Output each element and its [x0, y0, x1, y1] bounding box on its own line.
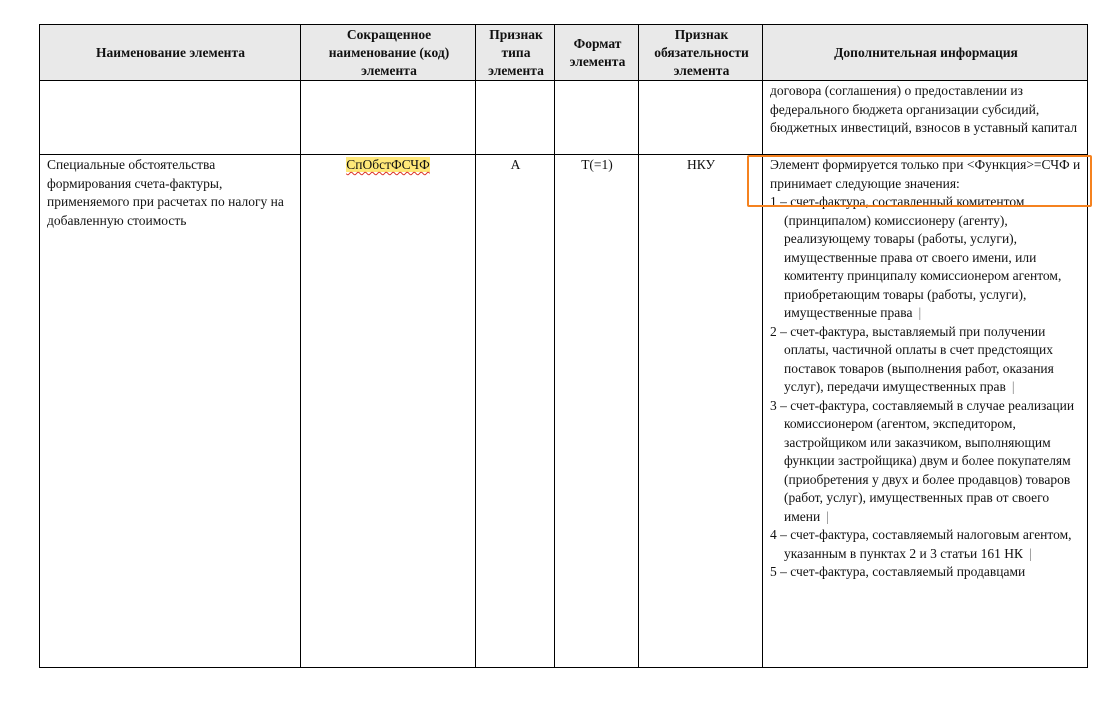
- element-spec-table: Наименование элемента Сокращенное наимен…: [39, 24, 1088, 668]
- header-element-required: Признак обязательности элемента: [640, 25, 763, 80]
- row-element-code: СпОбстФСЧФ: [302, 156, 474, 175]
- column-divider: [554, 25, 555, 667]
- column-divider: [475, 25, 476, 667]
- row-element-format: Т(=1): [556, 156, 638, 175]
- column-divider: [638, 25, 639, 667]
- row-element-type: А: [477, 156, 554, 175]
- header-additional-info: Дополнительная информация: [764, 25, 1088, 80]
- value-item-5: 5 – счет-фактура, составляемый продавцам…: [770, 563, 1082, 582]
- value-item-4: 4 – счет-фактура, составляемый налоговым…: [770, 526, 1082, 563]
- value-item-2: 2 – счет-фактура, выставляемый при получ…: [770, 323, 1082, 397]
- value-item-3: 3 – счет-фактура, составляемый в случае …: [770, 397, 1082, 527]
- row-additional-info: Элемент формируется только при <Функция>…: [770, 156, 1082, 582]
- info-intro-text: Элемент формируется только при <Функция>…: [770, 156, 1082, 193]
- cursor-mark: |: [1012, 379, 1015, 394]
- column-divider: [300, 25, 301, 667]
- continuation-info-text: договора (соглашения) о предоставлении и…: [770, 82, 1082, 138]
- value-item-1: 1 – счет-фактура, составленный комитенто…: [770, 193, 1082, 323]
- row-divider: [40, 154, 1087, 155]
- header-element-name: Наименование элемента: [40, 25, 301, 80]
- header-element-type: Признак типа элемента: [477, 25, 555, 80]
- cursor-mark: |: [1029, 546, 1032, 561]
- row-element-required: НКУ: [640, 156, 762, 175]
- header-element-format: Формат элемента: [556, 25, 639, 80]
- header-element-code: Сокращенное наименование (код) элемента: [302, 25, 476, 80]
- cursor-mark: |: [918, 305, 921, 320]
- row-element-name: Специальные обстоятельства формирования …: [47, 156, 292, 230]
- values-list: 1 – счет-фактура, составленный комитенто…: [770, 193, 1082, 582]
- element-code-text: СпОбстФСЧФ: [346, 157, 430, 172]
- column-divider: [762, 25, 763, 667]
- cursor-mark: |: [826, 509, 829, 524]
